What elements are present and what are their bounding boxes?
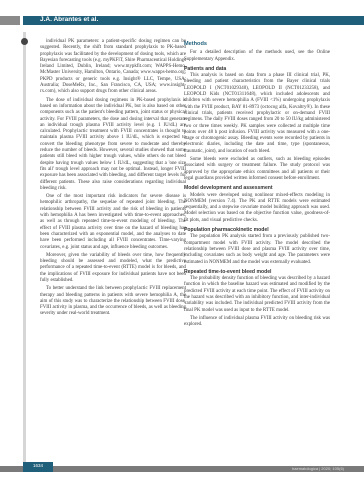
page-number: 1634: [23, 463, 53, 468]
subsection-heading: Model development and assessment: [184, 185, 330, 191]
subsection-heading: Population pharmacokinetic model: [184, 227, 330, 233]
intro-paragraph: For a detailed description of the method…: [184, 50, 330, 63]
paragraph: Moreover, given the variability of bleed…: [40, 253, 186, 284]
margin-bullet-icon: [21, 38, 28, 45]
paragraph: This analysis is based on data from a ph…: [184, 73, 330, 155]
paragraph: individual PK parameters: a patient-spec…: [40, 39, 186, 96]
paragraph: The dose of individual dosing regimens i…: [40, 98, 186, 192]
header-accent-bar: [0, 16, 20, 25]
subsection-heading: Patients and data: [184, 66, 330, 72]
paragraph: The influence of individual plasma FVIII…: [184, 316, 330, 329]
section-heading: Methods: [184, 41, 330, 47]
running-title: J.A. Abrantes et al.: [40, 16, 98, 23]
paragraph: To better understand the link between pr…: [40, 286, 186, 317]
paragraph: The probability density function of blee…: [184, 276, 330, 314]
paragraph: Models were developed using nonlinear mi…: [184, 193, 330, 224]
margin-rule: [23, 32, 26, 472]
right-column: Methods For a detailed description of th…: [184, 39, 330, 330]
paragraph: One of the most important risk indicator…: [40, 194, 186, 251]
paragraph: Some bleeds were excluded as outliers, s…: [184, 157, 330, 182]
subsection-heading: Repeated time-to-event bleed model: [184, 269, 330, 275]
left-column: individual PK parameters: a patient-spec…: [40, 39, 186, 320]
journal-citation: haematologica | 2020; 105(6): [292, 466, 344, 471]
paragraph: The population PK analysis started from …: [184, 234, 330, 265]
